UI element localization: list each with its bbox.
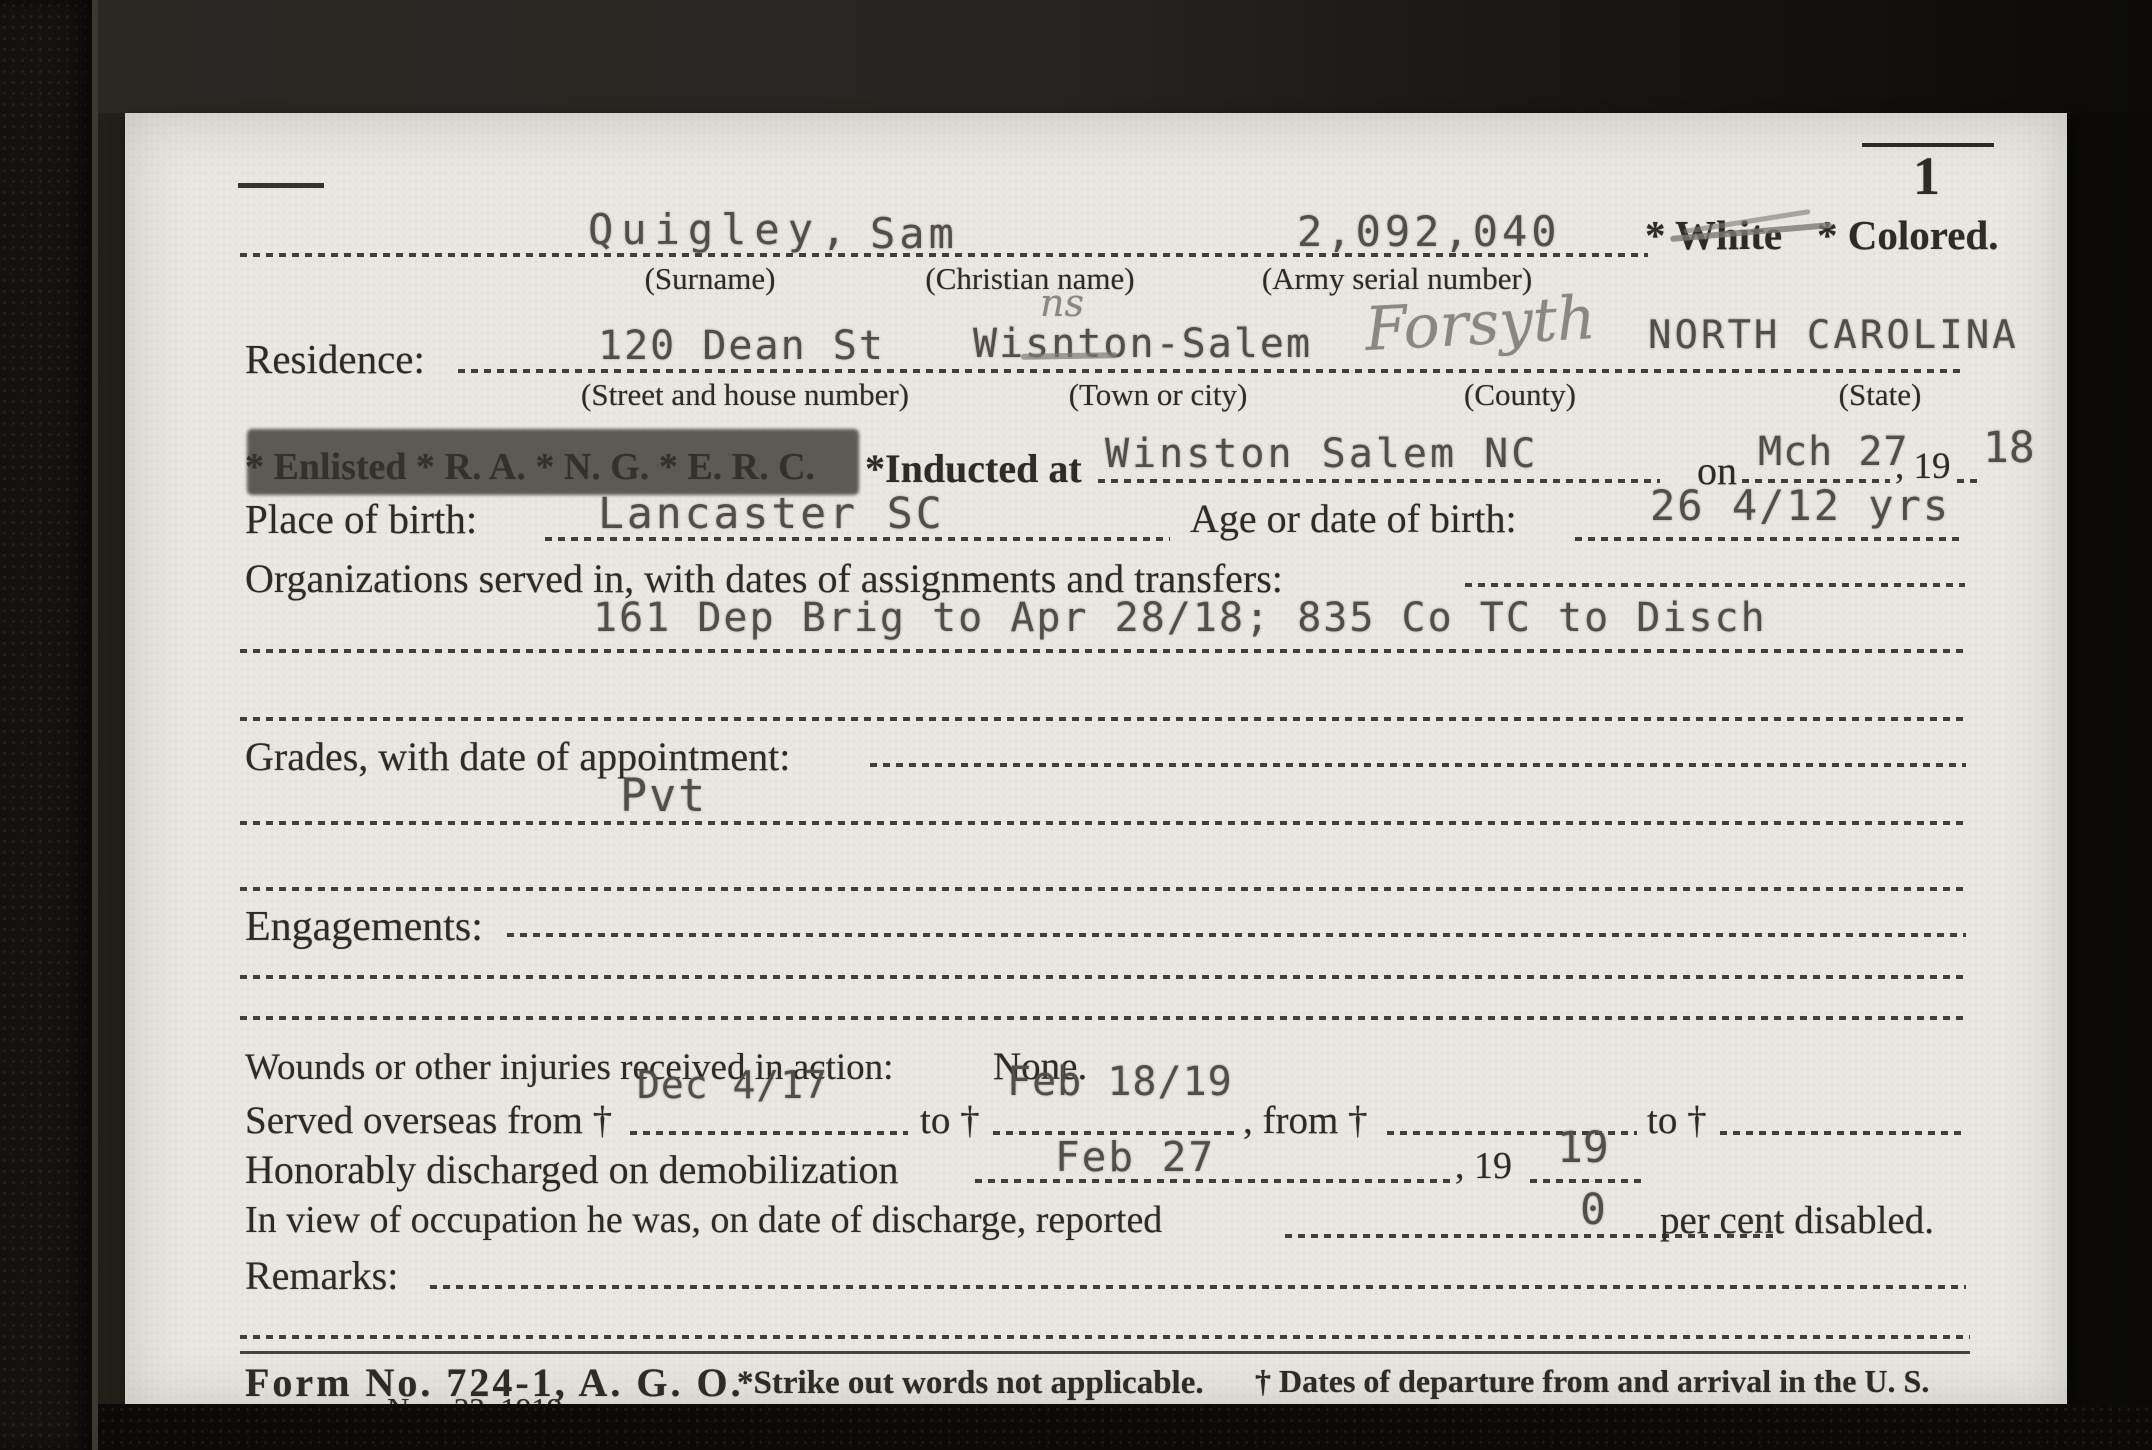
overseas-to-date: Feb 18/19 [1007,1059,1233,1105]
town-label: (Town or city) [1069,377,1248,413]
disability-suffix: per cent disabled. [1660,1198,1934,1243]
state-label: (State) [1839,377,1922,413]
discharge-label: Honorably discharged on demobilization [245,1146,899,1193]
grades-line-1 [240,821,1966,825]
engagements-label: Engagements: [245,903,483,951]
record-card: 1 Quigley, Sam 2,092,040 * White * Color… [125,113,2067,1410]
discharge-year-prefix: , 19 [1455,1144,1512,1188]
inducted-year-line [1957,479,1979,483]
christian-name-label: (Christian name) [925,261,1134,297]
inducted-place-value: Winston Salem NC [1105,431,1538,477]
strike-note: *Strike out words not applicable. [737,1365,1204,1402]
strikeout-bar-enlisted-options [247,429,859,495]
inducted-at-label: *Inducted at [865,445,1082,492]
christian-name-value: Sam [870,209,958,258]
overseas-label: Served overseas from † [245,1098,612,1143]
remarks-line [430,1285,1966,1289]
scanned-service-card: 1 Quigley, Sam 2,092,040 * White * Color… [0,0,2152,1450]
inducted-place-line [1098,479,1660,483]
inducted-year-value: 18 [1983,423,2035,473]
birth-place-label: Place of birth: [245,495,477,543]
remarks-label: Remarks: [245,1252,398,1299]
town-correction-pencil: ns [1040,281,1084,325]
overseas-from2-label: , from † [1243,1098,1368,1143]
state-value: NORTH CAROLINA [1648,313,2019,358]
engagements-line-2 [240,1016,1966,1020]
footer-solid-rule [240,1351,1970,1354]
footer-dashed-rule [240,1335,1970,1339]
grades-line-2 [240,887,1966,891]
disability-value: 0 [1580,1185,1606,1235]
organizations-line-trail [1465,583,1965,587]
organizations-line-1 [240,649,1966,653]
overseas-line-1 [630,1131,908,1135]
organizations-value: 161 Dep Brig to Apr 28/18; 835 Co TC to … [593,595,1767,641]
discharge-date-value: Feb 27 [1055,1133,1215,1181]
county-label: (County) [1464,377,1576,413]
overseas-to2-label: to † [1647,1098,1707,1143]
grades-value: Pvt [620,769,707,822]
grades-line-trail [870,763,1966,767]
discharge-year-line [1530,1179,1645,1183]
residence-line [458,369,1966,373]
street-value: 120 Dean St [598,323,885,369]
overseas-from-date: Dec 4/17 [637,1063,828,1107]
surname-label: (Surname) [645,261,776,297]
engagements-line-1 [240,975,1966,979]
town-value: Wisnton-Salem [973,321,1312,367]
county-handwritten: Forsyth [1363,283,1597,365]
residence-label: Residence: [245,335,425,383]
age-label: Age or date of birth: [1190,495,1517,542]
corner-mark [238,183,324,188]
serial-number-value: 2,092,040 [1297,207,1561,256]
discharge-year-value: 19 [1557,1123,1609,1173]
scan-background-bottom [0,1404,2152,1450]
age-value: 26 4/12 yrs [1650,481,1950,530]
age-line [1575,537,1965,541]
street-label: (Street and house number) [581,377,909,413]
dagger-note: † Dates of departure from and arrival in… [1255,1363,1929,1400]
surname-value: Quigley, [588,205,854,254]
film-strip-edge [0,0,98,1450]
overseas-to-label: to † [920,1098,980,1143]
engagements-line-trail [507,933,1966,937]
disability-label: In view of occupation he was, on date of… [245,1198,1162,1242]
organizations-line-2 [240,717,1966,721]
race-option-colored: * Colored. [1817,211,1998,259]
scan-background-top [92,0,2152,113]
overseas-line-4 [1720,1131,1966,1135]
birth-place-value: Lancaster SC [598,489,945,539]
page-number: 1 [1913,145,1940,207]
inducted-date-value: Mch 27 [1758,429,1909,475]
grades-label: Grades, with date of appointment: [245,733,790,780]
